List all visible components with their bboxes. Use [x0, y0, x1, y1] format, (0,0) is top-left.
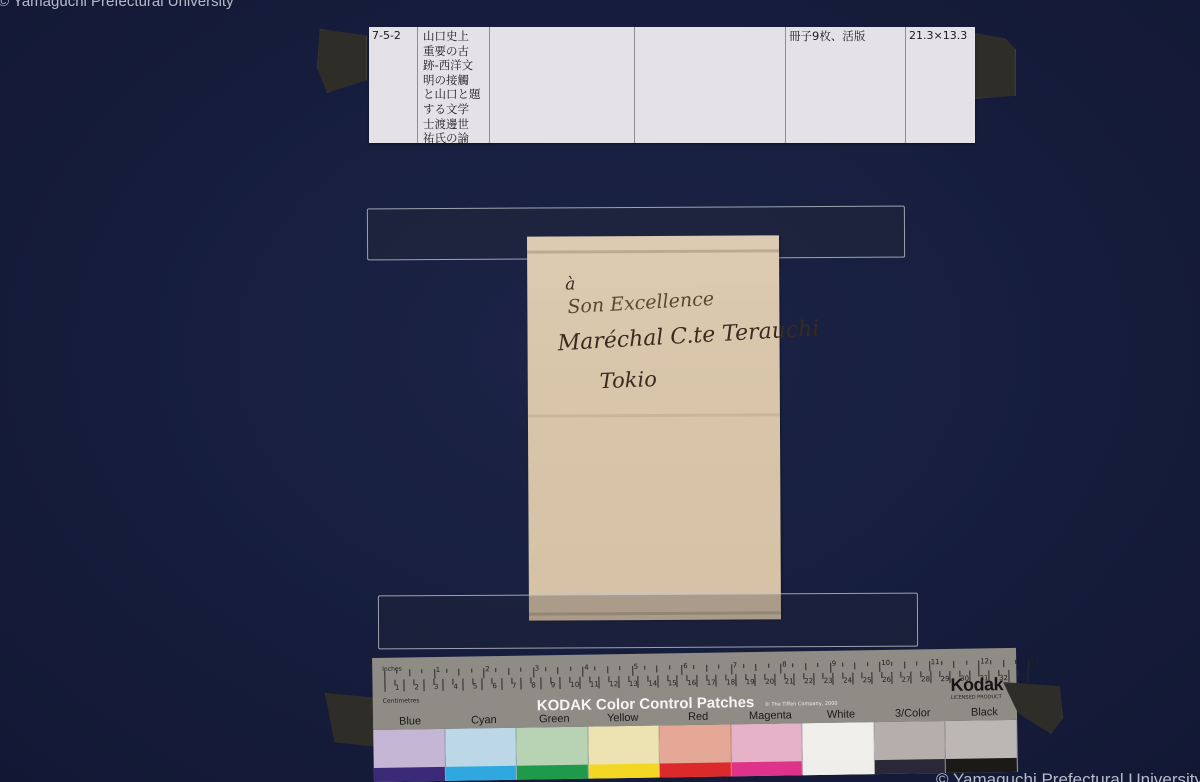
- cm-number: 4: [453, 683, 458, 691]
- label-col4: [635, 27, 786, 143]
- inch-tick: [421, 669, 422, 673]
- cm-number: 33: [1018, 674, 1027, 682]
- cm-number: 6: [492, 682, 497, 690]
- inch-tick: [434, 669, 435, 679]
- cm-tick: [540, 677, 541, 689]
- inch-tick: [916, 661, 917, 665]
- cm-tick: [638, 676, 639, 688]
- title-line: 祐氏の論: [423, 131, 486, 146]
- patch-label: White: [827, 708, 855, 720]
- cm-number: 17: [707, 679, 716, 687]
- label-col3: [490, 27, 635, 143]
- inch-tick: [755, 664, 756, 671]
- cm-number: 8: [531, 681, 536, 689]
- inch-tick: [595, 667, 596, 671]
- cm-tick: [423, 679, 424, 691]
- inch-tick: [805, 663, 806, 670]
- cm-number: 24: [843, 676, 852, 684]
- chart-copyright: © The Tiffen Company, 2000: [765, 701, 838, 708]
- cm-tick: [599, 676, 600, 688]
- cm-number: 19: [746, 678, 755, 686]
- inch-tick: [978, 660, 979, 670]
- cm-number: 14: [648, 680, 657, 688]
- cm-number: 29: [941, 675, 950, 683]
- inch-tick: [929, 661, 930, 671]
- cm-number: 27: [902, 676, 911, 684]
- patch-label: Cyan: [471, 714, 497, 726]
- inch-number: 3: [535, 664, 540, 672]
- cm-number: 18: [726, 678, 735, 686]
- cm-tick: [404, 680, 405, 692]
- inch-tick: [496, 668, 497, 672]
- inch-tick: [607, 666, 608, 673]
- acrylic-bar-bottom: [378, 593, 918, 650]
- tape-label-left: [317, 29, 367, 93]
- inch-tick: [397, 670, 398, 674]
- inch-number: 9: [832, 660, 837, 668]
- fold-line: [528, 413, 780, 417]
- color-patch-lower: [660, 762, 731, 777]
- cm-number: 25: [863, 676, 872, 684]
- inch-tick: [854, 662, 855, 669]
- inch-tick: [694, 665, 695, 669]
- inch-tick: [409, 669, 410, 676]
- cm-number: 3: [434, 683, 439, 691]
- title-line: 士渡邊世: [423, 117, 486, 132]
- inch-tick: [471, 668, 472, 672]
- cm-tick: [521, 678, 522, 690]
- cm-label: Centimetres: [383, 697, 420, 705]
- label-title: 山口史上 重要の古 跡-西洋文 明の接觸 と山口と題 する文学 士渡邊世 祐氏の…: [418, 27, 490, 143]
- title-line: 明の接觸: [423, 73, 486, 88]
- cm-number: 10: [570, 681, 579, 689]
- inch-tick: [533, 667, 534, 677]
- inch-number: 4: [584, 664, 589, 672]
- inch-tick: [842, 663, 843, 667]
- letter-line-1: à: [565, 274, 575, 294]
- inch-tick: [817, 663, 818, 667]
- inch-tick: [545, 667, 546, 671]
- cm-tick: [911, 672, 912, 684]
- patch-label: Red: [688, 711, 708, 723]
- cm-number: 16: [687, 679, 696, 687]
- cm-tick: [794, 673, 795, 685]
- label-id: 7-5-2: [369, 27, 418, 143]
- cm-number: 22: [804, 677, 813, 685]
- color-patch-3-color: [874, 721, 946, 774]
- watermark-top: © Yamaguchi Prefectural University: [0, 0, 234, 10]
- cm-number: 12: [609, 680, 618, 688]
- inch-tick: [520, 668, 521, 672]
- cm-tick: [755, 674, 756, 686]
- watermark-bottom: © Yamaguchi Prefectural University: [936, 770, 1200, 782]
- inch-tick: [508, 668, 509, 675]
- cm-number: 28: [921, 675, 930, 683]
- cm-tick: [560, 677, 561, 689]
- color-patch-red: [659, 724, 731, 777]
- cm-number: 9: [551, 681, 556, 689]
- title-line: 跡-西洋文: [423, 58, 486, 73]
- letter-line-3: Maréchal C.te Terauchi: [557, 316, 820, 356]
- cm-number: 23: [824, 677, 833, 685]
- color-patch-magenta: [731, 723, 803, 776]
- inch-tick: [570, 667, 571, 671]
- title-line: する文学: [423, 102, 486, 117]
- inch-tick: [384, 670, 385, 680]
- color-patch-yellow: [588, 726, 660, 779]
- cm-tick: [1008, 670, 1009, 682]
- cm-tick: [774, 674, 775, 686]
- color-patch-lower: [874, 759, 945, 774]
- letter-envelope: à Son Excellence Maréchal C.te Terauchi …: [527, 235, 781, 620]
- cm-tick: [618, 676, 619, 688]
- cm-tick: [813, 673, 814, 685]
- color-patch-lower: [445, 766, 516, 781]
- inch-tick: [582, 667, 583, 677]
- inch-tick: [879, 662, 880, 672]
- color-patch-lower: [517, 765, 588, 780]
- cm-number: 15: [668, 679, 677, 687]
- inch-tick: [941, 661, 942, 665]
- patch-label: Blue: [399, 715, 421, 727]
- letter-line-2: Son Excellence: [567, 288, 715, 318]
- cm-number: 21: [785, 677, 794, 685]
- cm-number: 20: [765, 678, 774, 686]
- inch-number: 6: [683, 662, 688, 670]
- patch-label: Green: [539, 713, 570, 725]
- color-patch-lower: [731, 761, 802, 776]
- color-patch-cyan: [445, 728, 517, 781]
- inch-tick: [768, 664, 769, 668]
- inch-tick: [892, 662, 893, 666]
- patch-label: Yellow: [607, 712, 639, 724]
- kodak-logo: Kodak: [950, 674, 1003, 696]
- inch-number: 2: [485, 665, 490, 673]
- inch-tick: [904, 662, 905, 669]
- inch-tick: [793, 663, 794, 667]
- letter-line-4: Tokio: [599, 367, 657, 393]
- cm-tick: [462, 679, 463, 691]
- label-format: 冊子9枚、活版: [786, 27, 906, 143]
- cm-number: 26: [882, 676, 891, 684]
- cm-number: 13: [629, 680, 638, 688]
- fold-line: [527, 249, 779, 253]
- inch-tick: [669, 665, 670, 669]
- inch-tick: [706, 665, 707, 672]
- inch-tick: [1003, 660, 1004, 667]
- inch-number: 8: [782, 661, 787, 669]
- title-line: と山口と題: [423, 87, 486, 102]
- label-size: 21.3×13.3: [906, 27, 975, 143]
- color-patch-lower: [374, 767, 445, 782]
- color-patch-blue: [373, 729, 445, 782]
- licensed-product: LICENSED PRODUCT: [951, 694, 1002, 701]
- color-patch-green: [516, 727, 588, 780]
- inch-number: 7: [733, 661, 738, 669]
- catalog-label: 7-5-2 山口史上 重要の古 跡-西洋文 明の接觸 と山口と題 する文学 士渡…: [369, 27, 975, 143]
- color-patch-lower: [803, 760, 874, 775]
- cm-tick: [833, 673, 834, 685]
- cm-tick: [716, 675, 717, 687]
- inch-tick: [557, 667, 558, 674]
- cm-tick: [482, 678, 483, 690]
- patch-label: Magenta: [749, 709, 792, 722]
- patch-label: Black: [971, 706, 998, 718]
- cm-tick: [443, 679, 444, 691]
- cm-tick: [930, 671, 931, 683]
- inch-tick: [1015, 660, 1016, 664]
- color-patches: [373, 720, 1018, 782]
- cm-number: 7: [512, 682, 517, 690]
- tape-label-right: [974, 33, 1016, 99]
- inch-tick: [446, 669, 447, 673]
- inch-tick: [991, 660, 992, 664]
- cm-tick: [384, 680, 385, 692]
- kodak-color-control-patches: Inches 123456789101112131234567891011121…: [372, 648, 1018, 782]
- inch-tick: [483, 668, 484, 678]
- cm-number: 11: [590, 680, 599, 688]
- title-line: 重要の古: [423, 44, 486, 59]
- inch-number: 12: [980, 657, 989, 665]
- inch-tick: [966, 661, 967, 665]
- inch-tick: [780, 664, 781, 674]
- inch-number: 10: [881, 659, 890, 667]
- cm-tick: [1027, 670, 1028, 682]
- inch-number: 13: [1030, 657, 1039, 665]
- cm-tick: [579, 677, 580, 689]
- title-line: 山口史上: [423, 29, 486, 44]
- inch-number: 5: [634, 663, 639, 671]
- inch-tick: [619, 666, 620, 670]
- inch-tick: [681, 665, 682, 675]
- cm-number: 5: [473, 682, 478, 690]
- inch-tick: [1028, 660, 1029, 670]
- inch-tick: [656, 666, 657, 673]
- cm-tick: [872, 672, 873, 684]
- cm-tick: [735, 674, 736, 686]
- cm-tick: [677, 675, 678, 687]
- color-patch-white: [802, 722, 874, 775]
- inch-number: 1: [436, 666, 441, 674]
- inch-tick: [830, 663, 831, 673]
- cm-number: 2: [414, 683, 419, 691]
- cm-tick: [501, 678, 502, 690]
- inch-tick: [644, 666, 645, 670]
- inch-tick: [458, 669, 459, 676]
- cm-number: 1: [395, 684, 400, 692]
- inch-number: 11: [931, 658, 940, 666]
- color-patch-lower: [588, 764, 659, 779]
- inch-tick: [867, 662, 868, 666]
- inch-tick: [731, 664, 732, 674]
- color-patch-black: [945, 720, 1017, 773]
- inch-tick: [743, 664, 744, 668]
- inch-tick: [632, 666, 633, 676]
- patch-label: 3/Color: [895, 707, 931, 720]
- inch-tick: [718, 665, 719, 669]
- inch-tick: [953, 661, 954, 668]
